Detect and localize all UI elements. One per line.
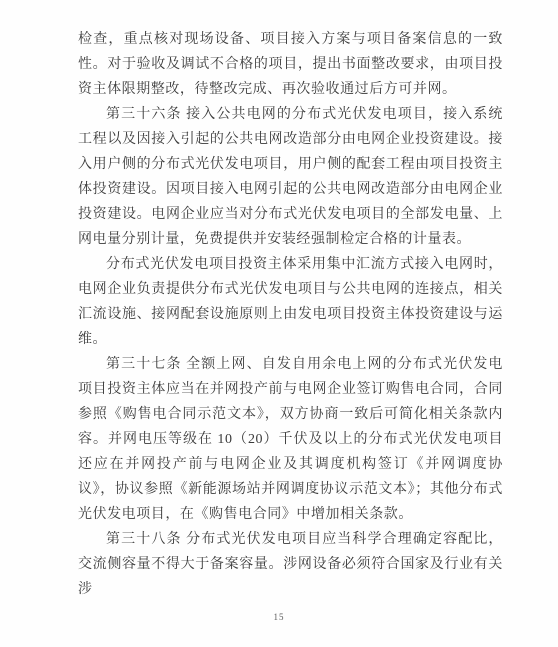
paragraph-grid-connection-facilities: 分布式光伏发电项目投资主体采用集中汇流方式接入电网时，电网企业负责提供分布式光伏… <box>78 252 503 352</box>
page-number: 15 <box>0 612 558 622</box>
document-body: 检查，重点核对现场设备、项目接入方案与项目备案信息的一致性。对于验收及调试不合格… <box>78 27 503 602</box>
paragraph-article-37: 第三十七条 全额上网、自发自用余电上网的分布式光伏发电项目投资主体应当在并网投产… <box>78 352 503 527</box>
document-page: 检查，重点核对现场设备、项目接入方案与项目备案信息的一致性。对于验收及调试不合格… <box>0 0 558 647</box>
paragraph-article-36: 第三十六条 接入公共电网的分布式光伏发电项目，接入系统工程以及因接入引起的公共电… <box>78 102 503 252</box>
paragraph-article-38: 第三十八条 分布式光伏发电项目应当科学合理确定容配比，交流侧容量不得大于备案容量… <box>78 527 503 602</box>
paragraph-continuation: 检查，重点核对现场设备、项目接入方案与项目备案信息的一致性。对于验收及调试不合格… <box>78 27 503 102</box>
